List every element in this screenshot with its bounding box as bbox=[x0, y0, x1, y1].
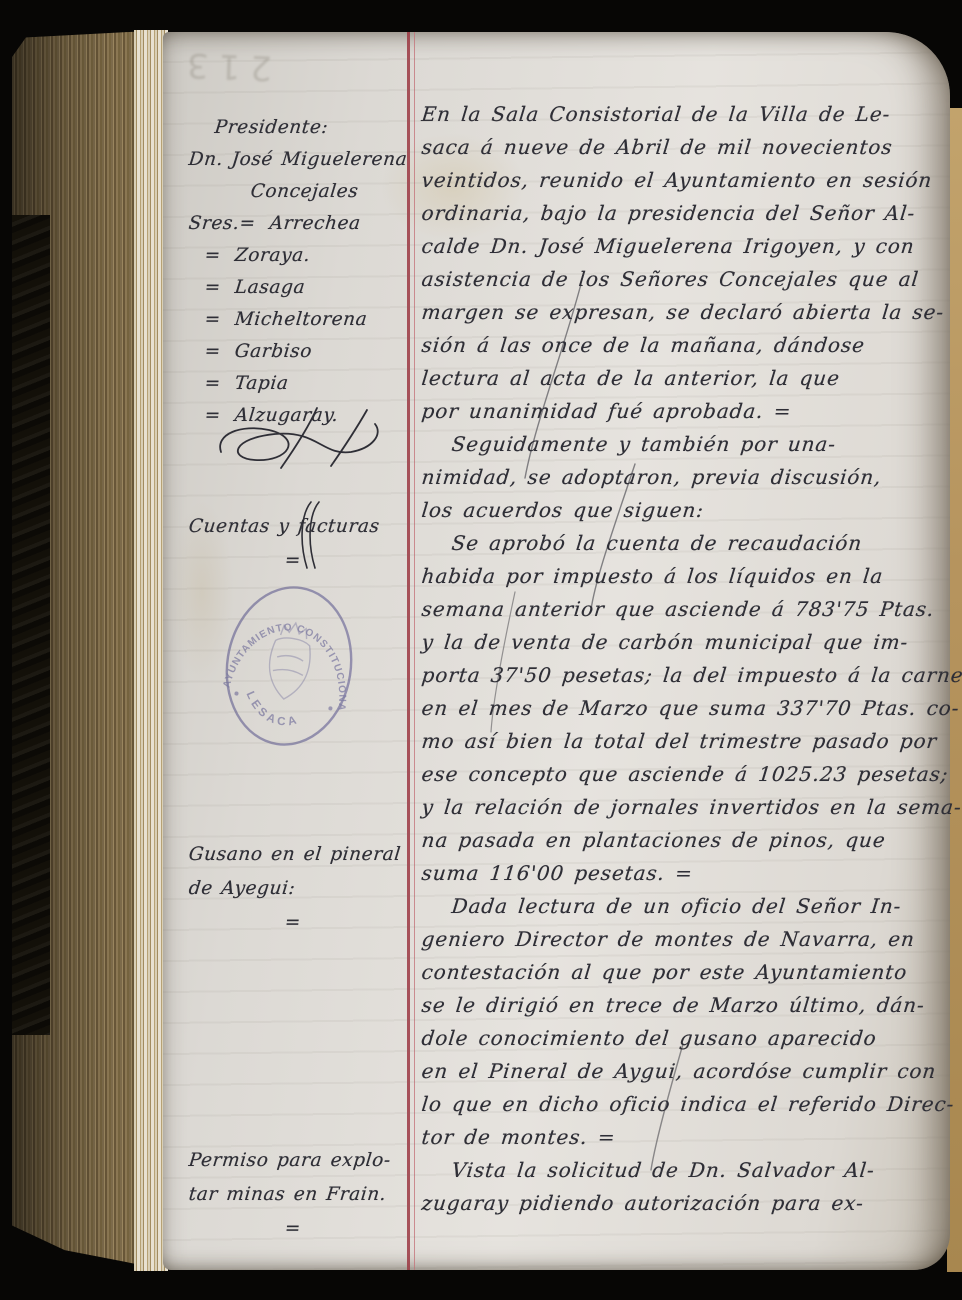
handwritten-line: veintidos, reunido el Ayuntamiento en se… bbox=[420, 164, 947, 197]
margin-attendee-line: Concejales bbox=[187, 176, 412, 208]
page-number-showthrough: 213 bbox=[176, 44, 272, 87]
handwritten-text: y la relación de jornales invertidos en … bbox=[421, 795, 962, 819]
handwritten-text: suma 116'00 pesetas. = bbox=[421, 861, 695, 885]
margin-attendee-line: Presidente: bbox=[187, 112, 412, 144]
attendee-name: Lasaga bbox=[234, 277, 307, 298]
margin-note-text: de Ayegui: bbox=[188, 878, 297, 899]
margin-attendee-line: =Garbiso bbox=[187, 336, 412, 368]
margin-note-text: = bbox=[284, 1218, 302, 1239]
handwritten-text: por unanimidad fué aprobada. = bbox=[421, 399, 793, 423]
handwritten-line: contestación al que por este Ayuntamient… bbox=[420, 956, 947, 989]
margin-note-line: tar minas en Frain. bbox=[187, 1178, 413, 1212]
margin-attendee-line: =Micheltorena bbox=[187, 304, 412, 336]
handwritten-text: semana anterior que asciende á 783'75 Pt… bbox=[421, 597, 936, 621]
margin-note-text: = bbox=[284, 912, 302, 933]
pen-stroke-flourish bbox=[281, 500, 325, 572]
handwritten-line: lo que en dicho oficio indica el referid… bbox=[420, 1088, 947, 1121]
handwritten-text: los acuerdos que siguen: bbox=[421, 498, 706, 522]
handwritten-line: suma 116'00 pesetas. = bbox=[420, 857, 947, 890]
handwritten-line: Seguidamente y también por una- bbox=[420, 428, 947, 461]
handwritten-line: se le dirigió en trece de Marzo último, … bbox=[420, 989, 947, 1022]
handwritten-text: zugaray pidiendo autorización para ex- bbox=[421, 1191, 866, 1215]
margin-note-text: Permiso para explo- bbox=[188, 1150, 392, 1171]
ditto-mark: = bbox=[204, 277, 222, 298]
minutes-body-text: En la Sala Consistorial de la Villa de L… bbox=[420, 98, 944, 1220]
handwritten-line: na pasada en plantaciones de pinos, que bbox=[420, 824, 947, 857]
handwritten-text: Se aprobó la cuenta de recaudación bbox=[451, 531, 864, 555]
handwritten-text: na pasada en plantaciones de pinos, que bbox=[421, 828, 887, 852]
handwritten-line: asistencia de los Señores Concejales que… bbox=[420, 263, 947, 296]
handwritten-text: se le dirigió en trece de Marzo último, … bbox=[421, 993, 927, 1017]
handwritten-text: Vista la solicitud de Dn. Salvador Al- bbox=[451, 1158, 876, 1182]
handwritten-line: en el mes de Marzo que suma 337'70 Ptas.… bbox=[420, 692, 947, 725]
handwritten-line: ese concepto que asciende á 1025.23 pese… bbox=[420, 758, 947, 791]
handwritten-text: mo así bien la total del trimestre pasad… bbox=[421, 729, 939, 753]
municipal-stamp: AYUNTAMIENTO CONSTITUCIONAL DE LESACA bbox=[200, 569, 377, 763]
margin-note-permiso: Permiso para explo- tar minas en Frain. … bbox=[187, 1144, 409, 1246]
ditto-mark: = bbox=[204, 373, 222, 394]
ditto-mark: Sres.= bbox=[188, 213, 257, 234]
margin-note-line: = bbox=[187, 1212, 413, 1246]
handwritten-line: porta 37'50 pesetas; la del impuesto á l… bbox=[420, 659, 947, 692]
attendee-name: Tapia bbox=[234, 373, 290, 394]
handwritten-line: en el Pineral de Aygui, acordóse cumplir… bbox=[420, 1055, 947, 1088]
handwritten-text: dole conocimiento del gusano aparecido bbox=[421, 1026, 878, 1050]
handwritten-text: lectura al acta de la anterior, la que bbox=[421, 366, 842, 390]
handwritten-line: margen se expresan, se declaró abierta l… bbox=[420, 296, 947, 329]
margin-note-line: = bbox=[187, 906, 413, 940]
attendee-name: Concejales bbox=[250, 181, 360, 202]
stamp-dot bbox=[328, 706, 333, 711]
margin-attendee-line: Sres.=Arrechea bbox=[187, 208, 412, 240]
stamp-dot bbox=[234, 691, 239, 696]
handwritten-line: Dada lectura de un oficio del Señor In- bbox=[420, 890, 947, 923]
handwritten-line: los acuerdos que siguen: bbox=[420, 494, 947, 527]
margin-note-line: Permiso para explo- bbox=[187, 1144, 413, 1178]
attendee-name: Garbiso bbox=[234, 341, 313, 362]
svg-text:LESACA: LESACA bbox=[239, 688, 305, 732]
handwritten-text: ese concepto que asciende á 1025.23 pese… bbox=[421, 762, 950, 786]
handwritten-text: porta 37'50 pesetas; la del impuesto á l… bbox=[421, 663, 962, 687]
attendee-name: Arrechea bbox=[269, 213, 362, 234]
handwritten-line: semana anterior que asciende á 783'75 Pt… bbox=[420, 593, 947, 626]
handwritten-text: y la de venta de carbón municipal que im… bbox=[421, 630, 910, 654]
handwritten-text: geniero Director de montes de Navarra, e… bbox=[421, 927, 917, 951]
handwritten-line: habida por impuesto á los líquidos en la bbox=[420, 560, 947, 593]
handwritten-text: veintidos, reunido el Ayuntamiento en se… bbox=[421, 168, 934, 192]
handwritten-text: nimidad, se adoptaron, previa discusión, bbox=[421, 465, 883, 489]
ditto-mark: = bbox=[204, 245, 222, 266]
handwritten-text: Dada lectura de un oficio del Señor In- bbox=[451, 894, 903, 918]
handwritten-text: tor de montes. = bbox=[421, 1125, 617, 1149]
ditto-mark: = bbox=[204, 309, 222, 330]
handwritten-text: en el Pineral de Aygui, acordóse cumplir… bbox=[421, 1059, 938, 1083]
handwritten-text: Seguidamente y también por una- bbox=[451, 432, 838, 456]
attendee-name: Zoraya. bbox=[234, 245, 312, 266]
handwritten-line: por unanimidad fué aprobada. = bbox=[420, 395, 947, 428]
handwritten-line: dole conocimiento del gusano aparecido bbox=[420, 1022, 947, 1055]
handwritten-line: sión á las once de la mañana, dándose bbox=[420, 329, 947, 362]
handwritten-text: contestación al que por este Ayuntamient… bbox=[421, 960, 909, 984]
margin-attendee-line: Dn. José Miguelerena bbox=[187, 144, 412, 176]
handwritten-text: sión á las once de la mañana, dándose bbox=[421, 333, 867, 357]
handwritten-line: Se aprobó la cuenta de recaudación bbox=[420, 527, 947, 560]
handwritten-line: mo así bien la total del trimestre pasad… bbox=[420, 725, 947, 758]
handwritten-line: saca á nueve de Abril de mil novecientos bbox=[420, 131, 947, 164]
handwritten-text: habida por impuesto á los líquidos en la bbox=[421, 564, 885, 588]
margin-rule-line bbox=[414, 32, 415, 1270]
ditto-mark: = bbox=[204, 341, 222, 362]
stamp-center-text: LESACA bbox=[239, 688, 305, 732]
book-scan: 213 Presidente: Dn. José Miguelerena Con… bbox=[0, 0, 962, 1300]
handwritten-line: calde Dn. José Miguelerena Irigoyen, y c… bbox=[420, 230, 947, 263]
manuscript-page: 213 Presidente: Dn. José Miguelerena Con… bbox=[163, 32, 950, 1270]
handwritten-line: zugaray pidiendo autorización para ex- bbox=[420, 1187, 947, 1220]
handwritten-text: lo que en dicho oficio indica el referid… bbox=[421, 1092, 956, 1116]
handwritten-line: Vista la solicitud de Dn. Salvador Al- bbox=[420, 1154, 947, 1187]
handwritten-line: lectura al acta de la anterior, la que bbox=[420, 362, 947, 395]
handwritten-line: y la de venta de carbón municipal que im… bbox=[420, 626, 947, 659]
attendee-name: Dn. José Miguelerena bbox=[188, 149, 409, 170]
margin-note-text: tar minas en Frain. bbox=[188, 1184, 388, 1205]
handwritten-line: ordinaria, bajo la presidencia del Señor… bbox=[420, 197, 947, 230]
handwritten-text: En la Sala Consistorial de la Villa de L… bbox=[421, 102, 892, 126]
handwritten-text: en el mes de Marzo que suma 337'70 Ptas.… bbox=[421, 696, 961, 720]
book-cover-leather bbox=[12, 215, 50, 1035]
handwritten-text: saca á nueve de Abril de mil novecientos bbox=[421, 135, 894, 159]
signature-flourish bbox=[211, 404, 407, 478]
margin-note-line: Gusano en el pineral bbox=[187, 838, 413, 872]
margin-attendee-line: =Lasaga bbox=[187, 272, 412, 304]
margin-note-line: de Ayegui: bbox=[187, 872, 413, 906]
attendee-name: Micheltorena bbox=[234, 309, 369, 330]
handwritten-line: nimidad, se adoptaron, previa discusión, bbox=[420, 461, 947, 494]
margin-note-gusano: Gusano en el pineral de Ayegui: = bbox=[187, 838, 409, 940]
handwritten-line: y la relación de jornales invertidos en … bbox=[420, 791, 947, 824]
attendee-name: Presidente: bbox=[214, 117, 330, 138]
handwritten-text: calde Dn. José Miguelerena Irigoyen, y c… bbox=[421, 234, 916, 258]
handwritten-line: En la Sala Consistorial de la Villa de L… bbox=[420, 98, 947, 131]
handwritten-text: asistencia de los Señores Concejales que… bbox=[421, 267, 921, 291]
handwritten-text: margen se expresan, se declaró abierta l… bbox=[421, 300, 946, 324]
margin-attendee-line: =Zoraya. bbox=[187, 240, 412, 272]
handwritten-text: ordinaria, bajo la presidencia del Señor… bbox=[421, 201, 917, 225]
margin-note-text: Gusano en el pineral bbox=[188, 844, 402, 865]
handwritten-line: geniero Director de montes de Navarra, e… bbox=[420, 923, 947, 956]
margin-attendee-line: =Tapia bbox=[187, 368, 412, 400]
handwritten-line: tor de montes. = bbox=[420, 1121, 947, 1154]
margin-attendees-list: Presidente: Dn. José Miguelerena Conceja… bbox=[187, 112, 409, 432]
